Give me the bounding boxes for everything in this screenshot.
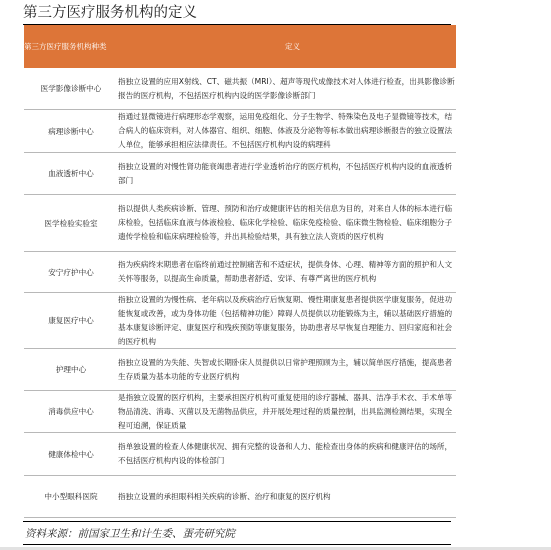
table-row: 护理中心 指独立设置的为失能、失智或长期卧床人员提供以日常护理照顾为主，辅以简单… <box>24 349 456 391</box>
row-definition: 指独立设置的应用X射线、CT、磁共振（MRI）、超声等现代成像技术对人体进行检查… <box>118 75 456 103</box>
table-row: 中小型眼科医院 指独立设置的承担眼科相关疾病的诊断、治疗和康复的医疗机构 <box>24 476 456 518</box>
table-header: 第三方医疗服务机构种类 定义 <box>24 25 456 68</box>
row-type: 病理诊断中心 <box>24 126 118 137</box>
row-definition: 指为疾病终末期患者在临终前通过控制痛苦和不适症状，提供身体、心理、精神等方面的照… <box>118 258 456 286</box>
header-definition: 定义 <box>118 41 456 52</box>
header-type: 第三方医疗服务机构种类 <box>24 41 118 52</box>
footer-divider-top <box>23 521 451 522</box>
row-definition: 指通过显微镜进行病理形态学观察，运用免疫组化、分子生物学、特殊染色及电子显微镜等… <box>118 110 456 152</box>
table-row: 消毒供应中心 是指独立设置的医疗机构，主要承担医疗机构可重复使用的诊疗器械、器具… <box>24 391 456 433</box>
row-type: 康复医疗中心 <box>24 315 118 326</box>
row-type: 医学检验实验室 <box>24 218 118 229</box>
row-definition: 指单独设置的检查人体健康状况、拥有完整的设备和人力、能检查出身体的疾病和健康评估… <box>118 440 456 468</box>
definitions-table: 第三方医疗服务机构种类 定义 医学影像诊断中心 指独立设置的应用X射线、CT、磁… <box>24 25 456 518</box>
row-type: 血液透析中心 <box>24 168 118 179</box>
table-row: 血液透析中心 指独立设置的对慢性肾功能衰竭患者进行学业透析治疗的医疗机构，不包括… <box>24 153 456 195</box>
row-definition: 指独立设置的为慢性病、老年病以及疾病治疗后恢复期、慢性期康复患者提供医学康复服务… <box>118 293 456 349</box>
footer-divider-bottom <box>23 544 451 545</box>
row-definition: 指以提供人类疾病诊断、管理、预防和治疗或健康评估的相关信息为目的，对来自人体的标… <box>118 202 456 244</box>
row-type: 健康体检中心 <box>24 449 118 460</box>
table-row: 病理诊断中心 指通过显微镜进行病理形态学观察，运用免疫组化、分子生物学、特殊染色… <box>24 110 456 153</box>
row-definition: 指独立设置的为失能、失智或长期卧床人员提供以日常护理照顾为主，辅以简单医疗措施，… <box>118 356 456 384</box>
table-row: 安宁疗护中心 指为疾病终末期患者在临终前通过控制痛苦和不适症状，提供身体、心理、… <box>24 252 456 293</box>
source-note: 资料来源：前国家卫生和计生委、蛋壳研究院 <box>25 527 235 541</box>
table-row: 医学检验实验室 指以提供人类疾病诊断、管理、预防和治疗或健康评估的相关信息为目的… <box>24 195 456 252</box>
row-definition: 是指独立设置的医疗机构，主要承担医疗机构可重复使用的诊疗器械、器具、洁净手术衣、… <box>118 391 456 433</box>
row-type: 消毒供应中心 <box>24 406 118 417</box>
row-type: 医学影像诊断中心 <box>24 83 118 94</box>
document-title: 第三方医疗服务机构的定义 <box>23 4 451 25</box>
table-row: 健康体检中心 指单独设置的检查人体健康状况、拥有完整的设备和人力、能检查出身体的… <box>24 433 456 476</box>
row-type: 安宁疗护中心 <box>24 267 118 278</box>
table-row: 康复医疗中心 指独立设置的为慢性病、老年病以及疾病治疗后恢复期、慢性期康复患者提… <box>24 293 456 349</box>
row-type: 中小型眼科医院 <box>24 491 118 502</box>
row-type: 护理中心 <box>24 364 118 375</box>
row-definition: 指独立设置的承担眼科相关疾病的诊断、治疗和康复的医疗机构 <box>118 490 456 504</box>
row-definition: 指独立设置的对慢性肾功能衰竭患者进行学业透析治疗的医疗机构，不包括医疗机构内设的… <box>118 160 456 188</box>
table-row: 医学影像诊断中心 指独立设置的应用X射线、CT、磁共振（MRI）、超声等现代成像… <box>24 68 456 110</box>
